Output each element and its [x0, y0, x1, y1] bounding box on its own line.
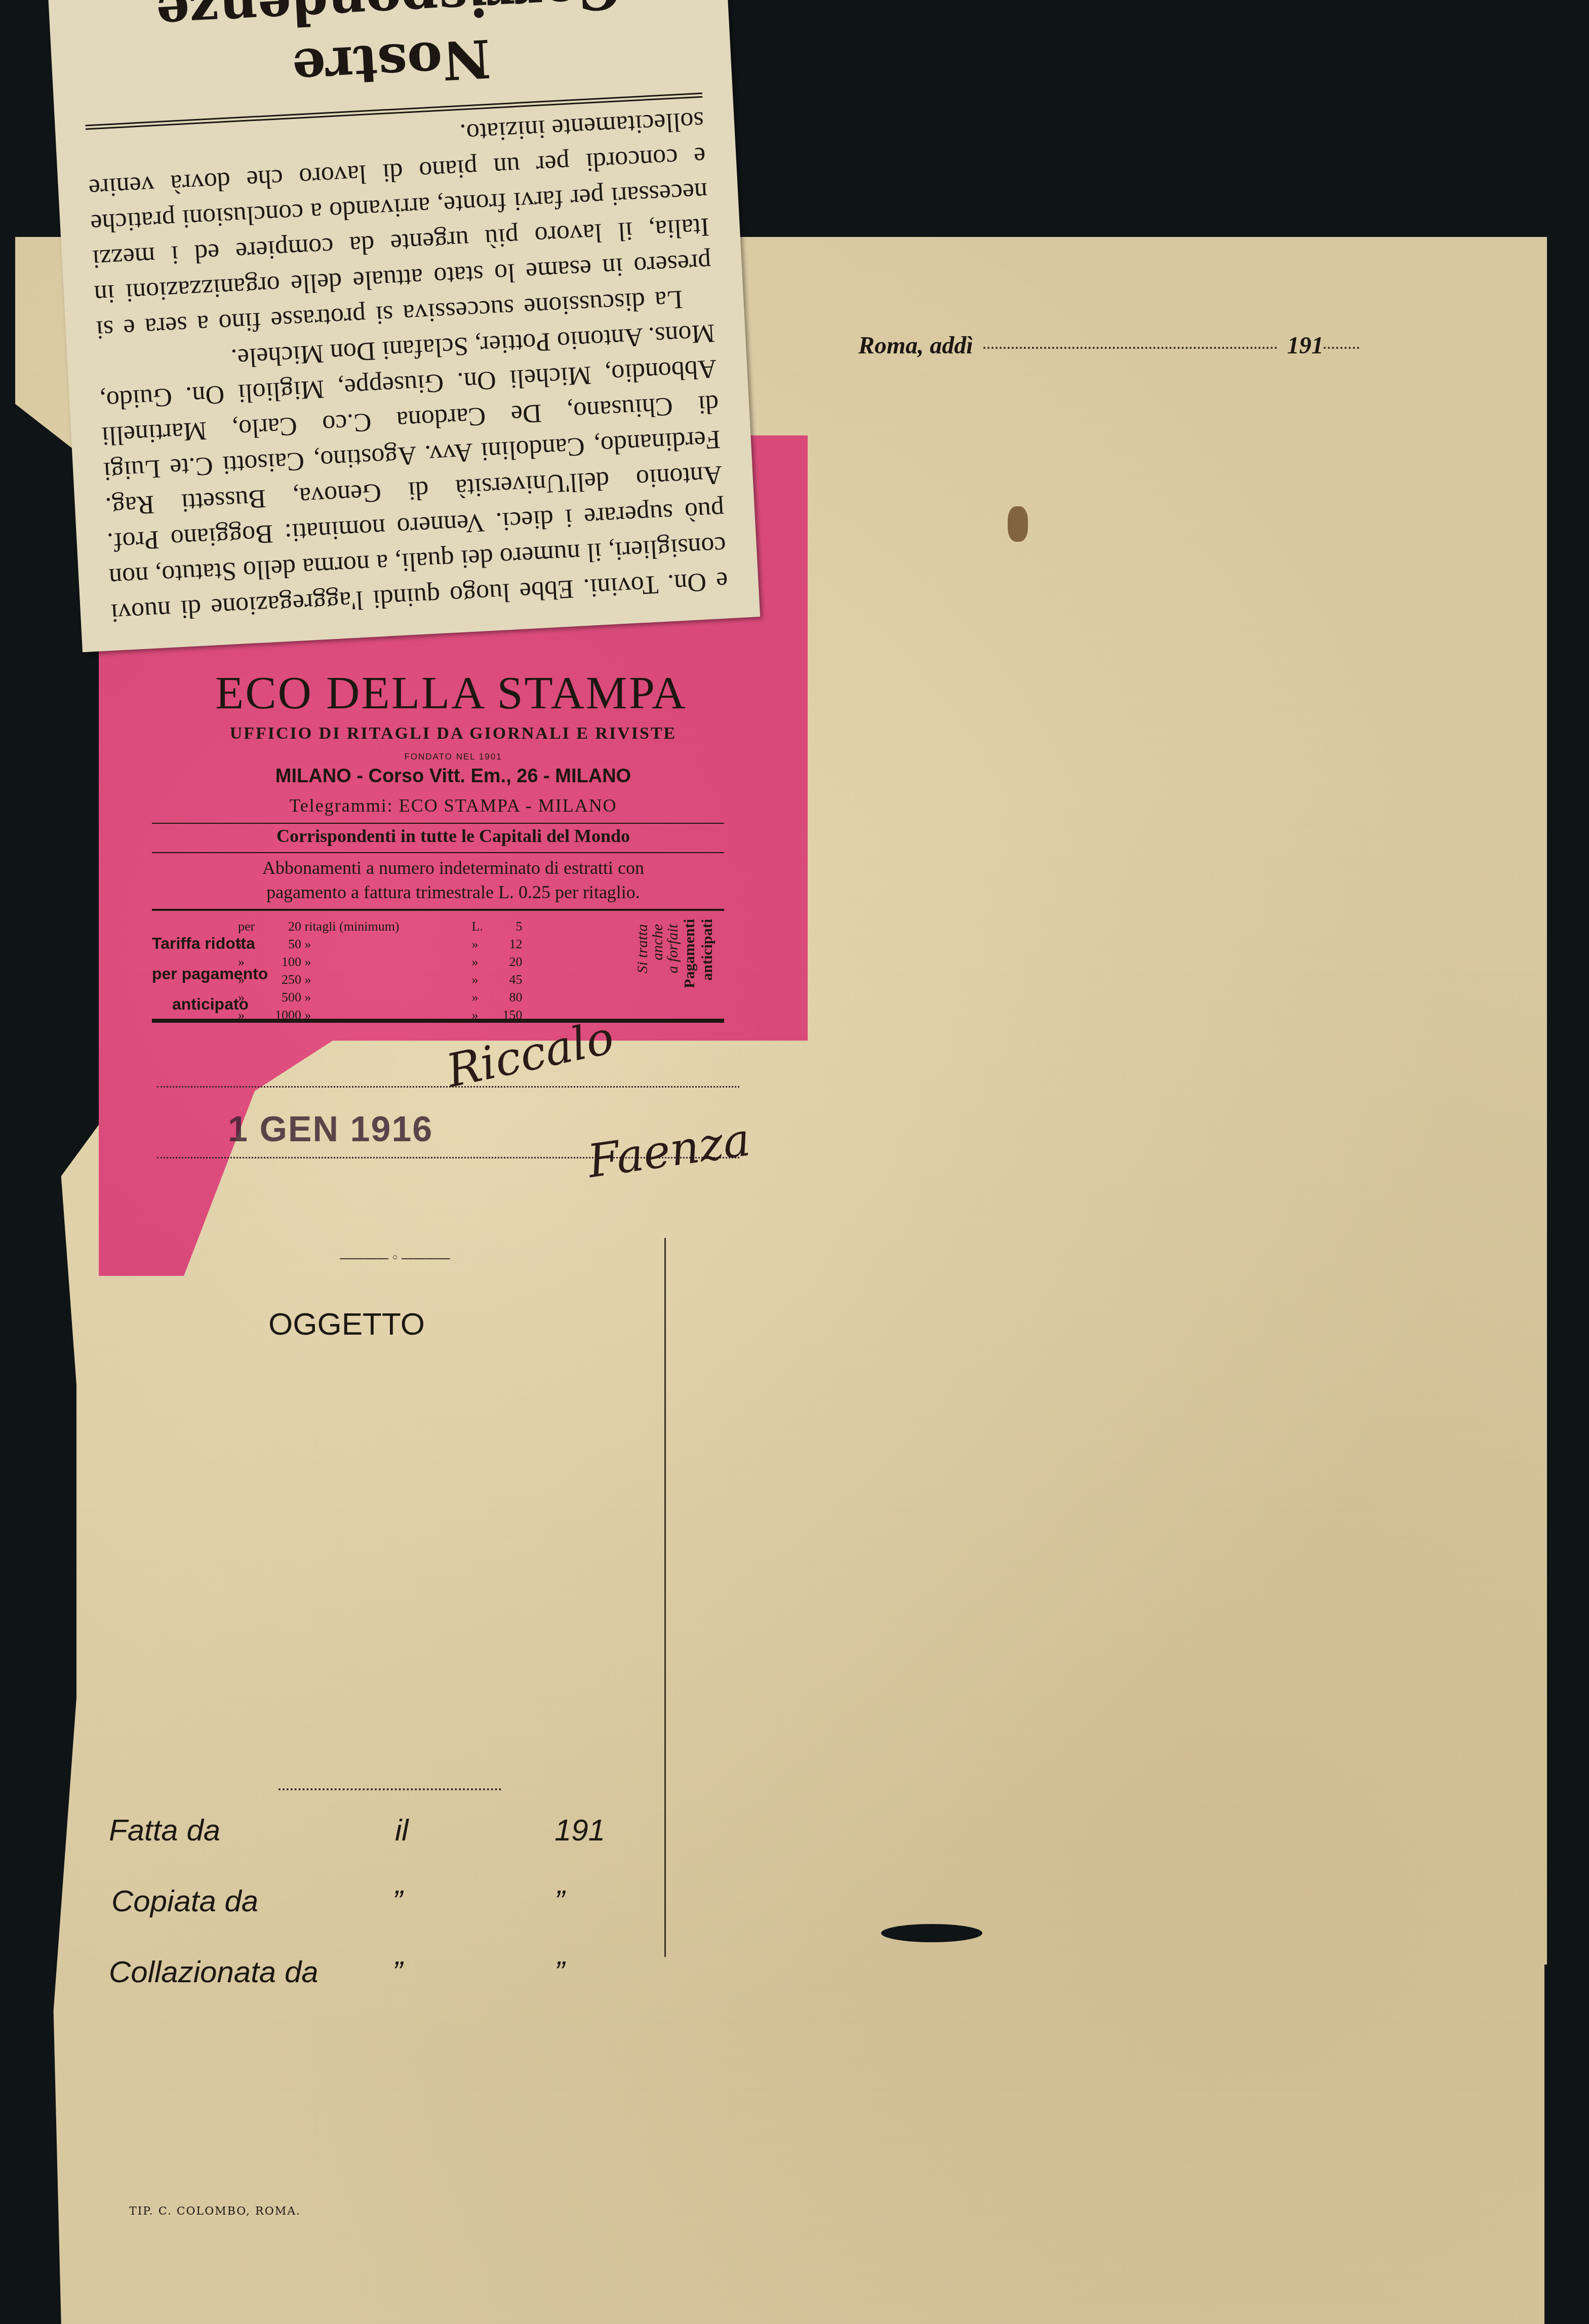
side-note: anche — [649, 924, 666, 960]
rule — [152, 823, 724, 824]
subscription-line: pagamento a fattura trimestrale L. 0.25 … — [99, 880, 808, 904]
label-founded: FONDATO NEL 1901 — [99, 752, 808, 762]
date-blank — [983, 347, 1277, 349]
ornament-rule: ———— ◦ ———— — [339, 1251, 450, 1266]
place-date-label: Roma, addì — [858, 332, 973, 359]
rule — [152, 909, 724, 911]
rule-double — [152, 1019, 724, 1023]
tariff-row: »250 »»45 — [238, 972, 523, 987]
side-note: Si tratta — [634, 924, 651, 974]
label-title: ECO DELLA STAMPA — [215, 666, 687, 719]
page-torn-edge — [1544, 1965, 1560, 2324]
label-correspondents: Corrispondenti in tutte le Capitali del … — [99, 825, 808, 847]
side-note: anticipati — [699, 919, 716, 981]
label-subscription: Abbonamenti a numero indeterminato di es… — [99, 856, 808, 904]
tariff-row: »500 »»80 — [238, 990, 523, 1005]
rule — [152, 852, 724, 853]
row-label: Copiata da — [111, 1884, 258, 1918]
printer-imprint: TIP. C. COLOMBO, ROMA. — [129, 2205, 301, 2218]
newspaper-clipping: e On. Tovini. Ebbe luogo quindi l'aggreg… — [48, 0, 760, 652]
row-end: ” — [554, 1884, 565, 1918]
tariff-row: »100 »»20 — [238, 954, 523, 970]
label-address: MILANO - Corso Vitt. Em., 26 - MILANO — [99, 766, 808, 787]
row-mid: ” — [392, 1954, 403, 1989]
row-label: Fatta da — [109, 1813, 220, 1848]
label-subtitle: UFFICIO DI RITAGLI DA GIORNALI E RIVISTE — [99, 724, 808, 743]
wavy-separator — [279, 1782, 501, 1790]
tariff-row: »50 »»12 — [238, 937, 523, 952]
row-label: Collazionata da — [109, 1954, 319, 1989]
year-blank — [1324, 347, 1359, 349]
clipping-paragraph: e On. Tovini. Ebbe luogo quindi l'aggreg… — [97, 315, 729, 630]
form-column-divider — [664, 1238, 666, 1957]
row-mid: ” — [392, 1884, 403, 1918]
subscription-line: Abbonamenti a numero indeterminato di es… — [99, 856, 808, 880]
ink-stain — [1008, 506, 1028, 542]
year-prefix: 191 — [1287, 332, 1324, 359]
paper-tear-hole — [881, 1924, 982, 1942]
date-stamp: 1 GEN 1916 — [228, 1109, 433, 1149]
row-end: 191 — [554, 1813, 605, 1848]
row-end: ” — [554, 1954, 565, 1989]
tariff-label: anticipato — [172, 995, 249, 1014]
row-mid: il — [395, 1813, 409, 1848]
clipping-content: e On. Tovini. Ebbe luogo quindi l'aggreg… — [48, 0, 760, 652]
clipping-paragraph: La discussione successiva si protrasse f… — [86, 103, 714, 347]
tariff-row: per20 ritagli (minimum)L.5 — [238, 919, 523, 934]
side-note: Pagamenti — [681, 919, 698, 988]
place-date-line: Roma, addì191 — [858, 332, 1359, 359]
side-note: a forfait — [664, 924, 682, 974]
label-telegrams: Telegrammi: ECO STAMPA - MILANO — [99, 795, 808, 816]
subject-label: OGGETTO — [268, 1306, 425, 1342]
dotted-line — [157, 1086, 739, 1088]
